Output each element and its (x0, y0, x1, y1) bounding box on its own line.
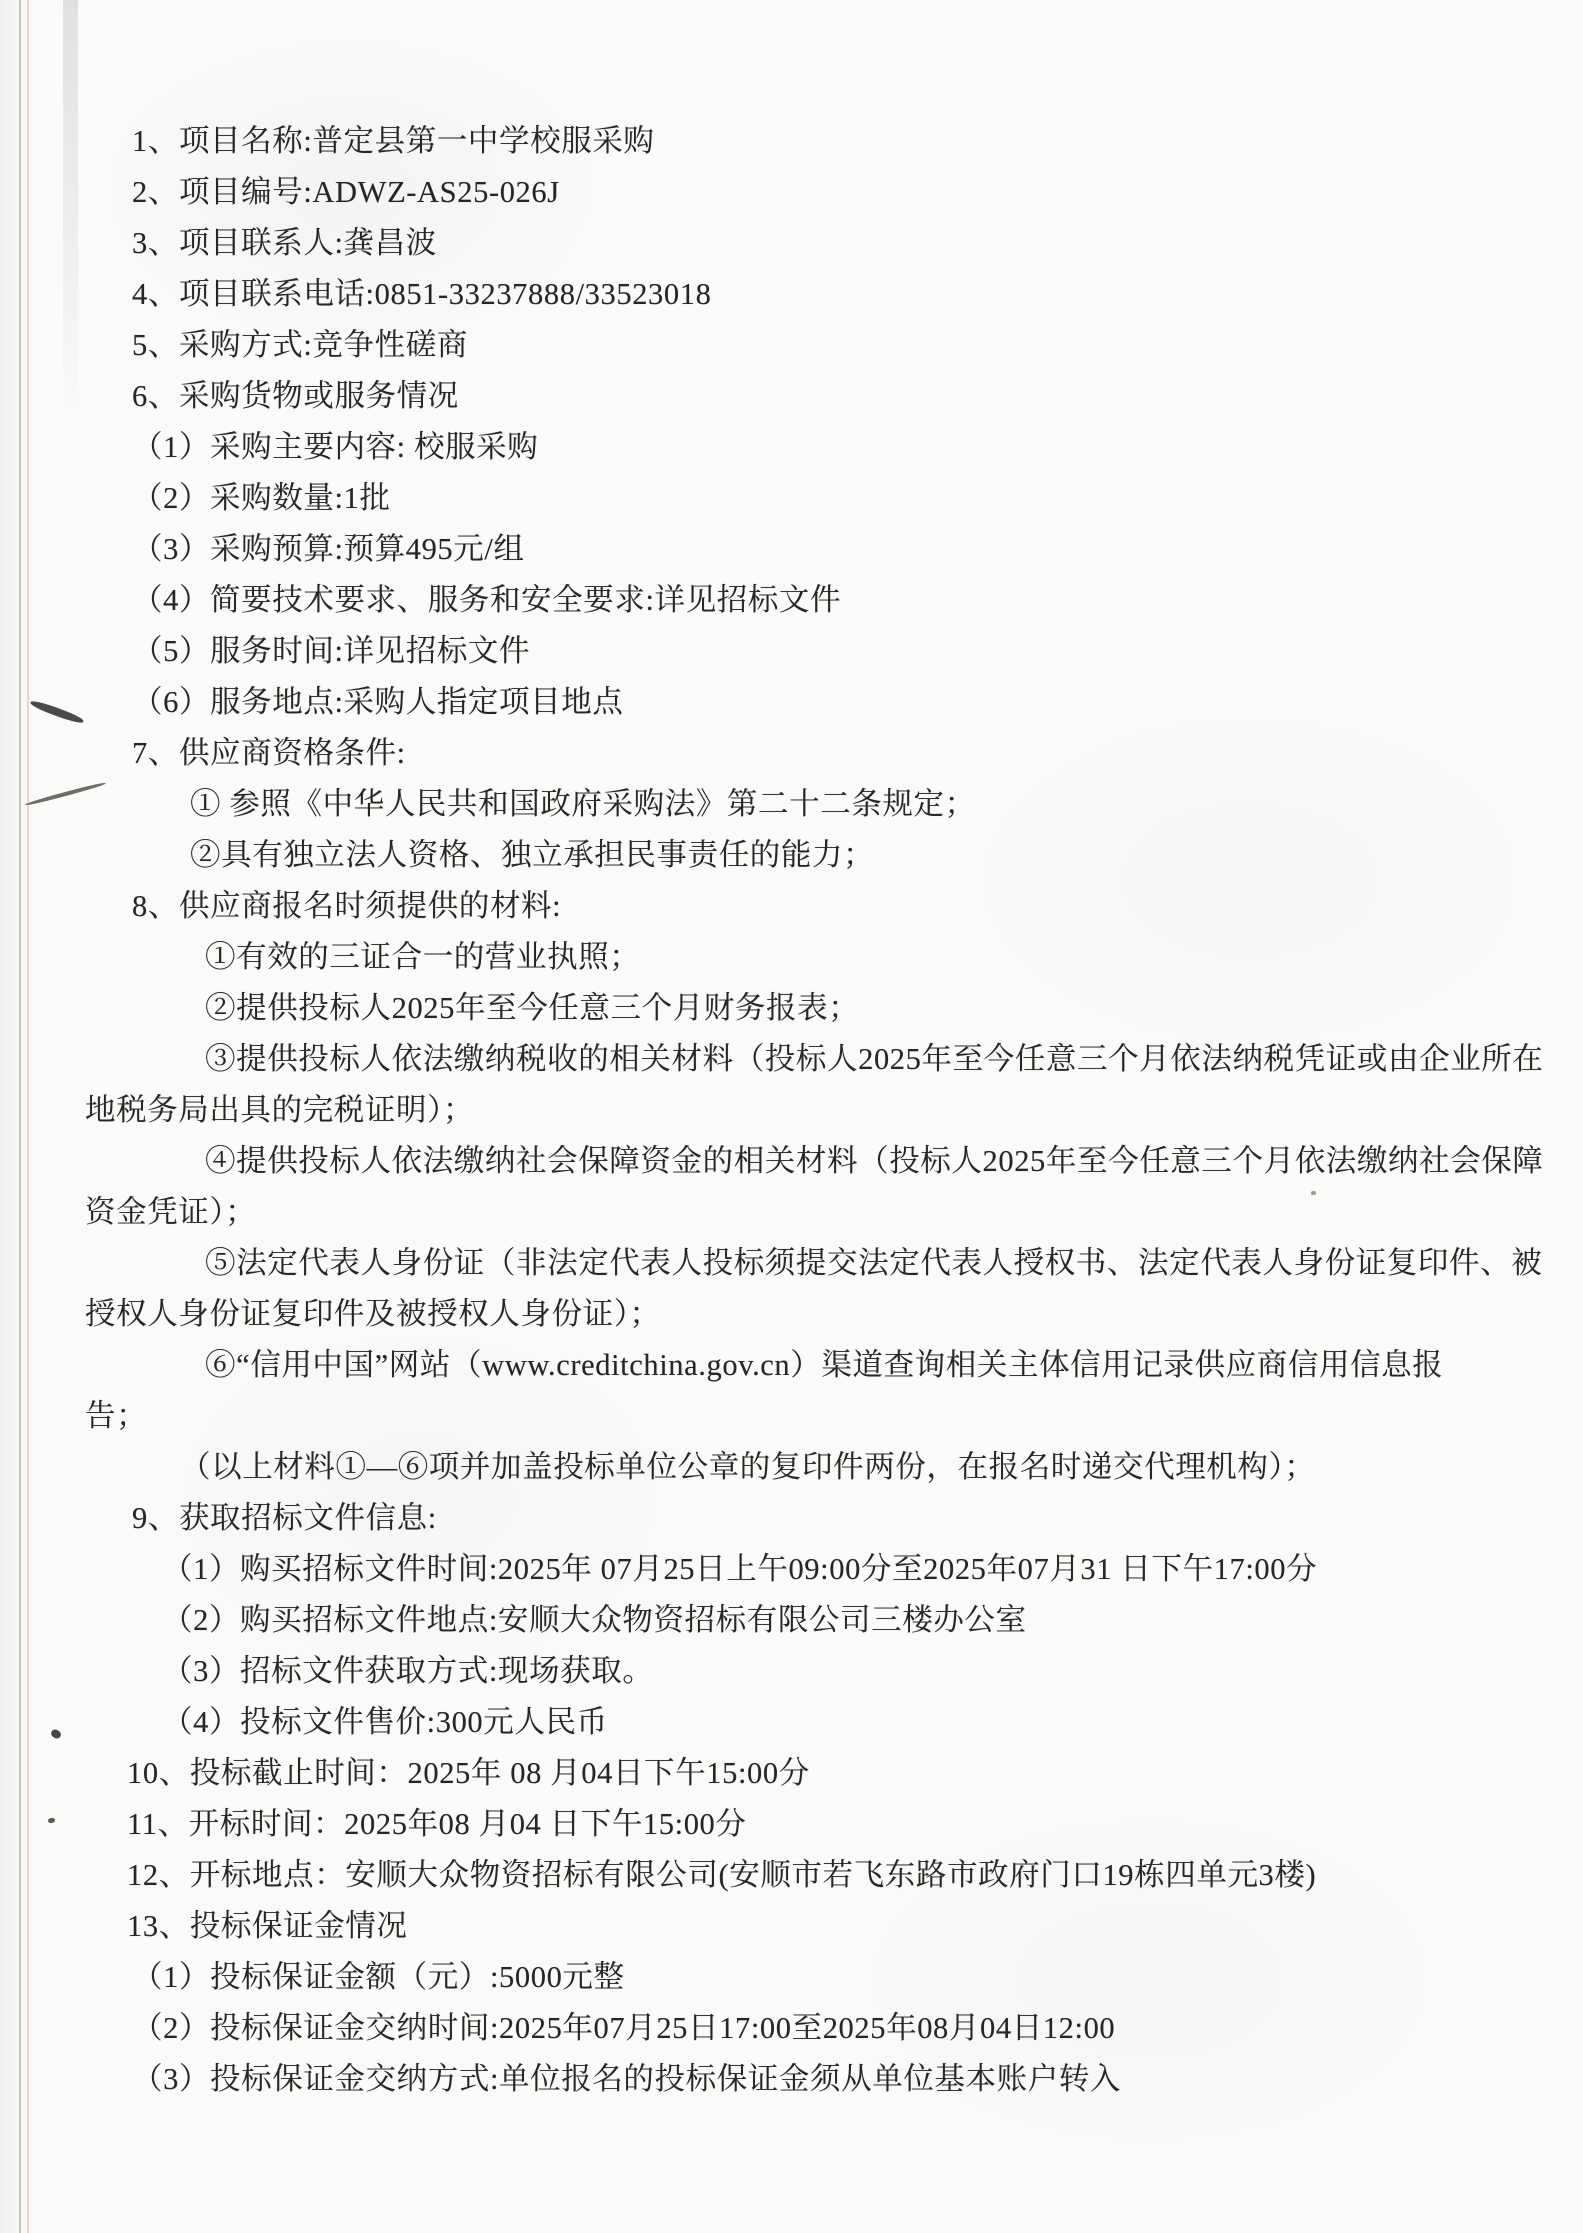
document-line: ①有效的三证合一的营业执照； (85, 932, 1513, 983)
document-line: 3、项目联系人:龚昌波 (85, 218, 1513, 269)
document-line: 2、项目编号:ADWZ-AS25-026J (85, 167, 1513, 218)
document-line: （3）采购预算:预算495元/组 (85, 524, 1513, 575)
document-line: （4）投标文件售价:300元人民币 (85, 1697, 1513, 1748)
document-line: （5）服务时间:详见招标文件 (85, 626, 1513, 677)
document-line: 6、采购货物或服务情况 (85, 371, 1513, 422)
document-line: ⑤法定代表人身份证（非法定代表人投标须提交法定代表人授权书、法定代表人身份证复印… (85, 1238, 1513, 1289)
document-line: 地税务局出具的完税证明）； (85, 1085, 1513, 1136)
document-line: （3）投标保证金交纳方式:单位报名的投标保证金须从单位基本账户转入 (85, 2054, 1513, 2105)
document-line: （1）投标保证金额（元）:5000元整 (85, 1952, 1513, 2003)
document-line: 13、投标保证金情况 (85, 1901, 1513, 1952)
document-line: 7、供应商资格条件: (85, 728, 1513, 779)
document-line: ②具有独立法人资格、独立承担民事责任的能力； (85, 830, 1513, 881)
document-line: ① 参照《中华人民共和国政府采购法》第二十二条规定； (85, 779, 1513, 830)
document-line: 8、供应商报名时须提供的材料: (85, 881, 1513, 932)
document-line: （2）购买招标文件地点:安顺大众物资招标有限公司三楼办公室 (85, 1595, 1513, 1646)
document-line: 5、采购方式:竞争性磋商 (85, 320, 1513, 371)
document-line: （3）招标文件获取方式:现场获取。 (85, 1646, 1513, 1697)
document-line: 资金凭证）； (85, 1187, 1513, 1238)
document-line: 11、开标时间：2025年08 月04 日下午15:00分 (85, 1799, 1513, 1850)
document-line: ②提供投标人2025年至今任意三个月财务报表； (85, 983, 1513, 1034)
document-line: ⑥“信用中国”网站（www.creditchina.gov.cn）渠道查询相关主… (85, 1340, 1513, 1391)
document-lines: 1、项目名称:普定县第一中学校服采购2、项目编号:ADWZ-AS25-026J3… (85, 116, 1513, 2105)
document-line: 4、项目联系电话:0851-33237888/33523018 (85, 269, 1513, 320)
document-line: （6）服务地点:采购人指定项目地点 (85, 677, 1513, 728)
document-line: ③提供投标人依法缴纳税收的相关材料（投标人2025年至今任意三个月依法纳税凭证或… (85, 1034, 1513, 1085)
document-body: 1、项目名称:普定县第一中学校服采购2、项目编号:ADWZ-AS25-026J3… (0, 0, 1583, 2233)
document-line: （2）投标保证金交纳时间:2025年07月25日17:00至2025年08月04… (85, 2003, 1513, 2054)
document-line: 1、项目名称:普定县第一中学校服采购 (85, 116, 1513, 167)
document-line: （1）购买招标文件时间:2025年 07月25日上午09:00分至2025年07… (85, 1544, 1513, 1595)
document-line: （2）采购数量:1批 (85, 473, 1513, 524)
document-line: 9、获取招标文件信息: (85, 1493, 1513, 1544)
document-line: 12、开标地点：安顺大众物资招标有限公司(安顺市若飞东路市政府门口19栋四单元3… (85, 1850, 1513, 1901)
document-line: （1）采购主要内容: 校服采购 (85, 422, 1513, 473)
document-line: （4）简要技术要求、服务和安全要求:详见招标文件 (85, 575, 1513, 626)
document-line: 10、投标截止时间：2025年 08 月04日下午15:00分 (85, 1748, 1513, 1799)
document-line: （以上材料①—⑥项并加盖投标单位公章的复印件两份，在报名时递交代理机构）； (85, 1442, 1513, 1493)
document-line: ④提供投标人依法缴纳社会保障资金的相关材料（投标人2025年至今任意三个月依法缴… (85, 1136, 1513, 1187)
document-line: 告； (85, 1391, 1513, 1442)
document-line: 授权人身份证复印件及被授权人身份证）； (85, 1289, 1513, 1340)
